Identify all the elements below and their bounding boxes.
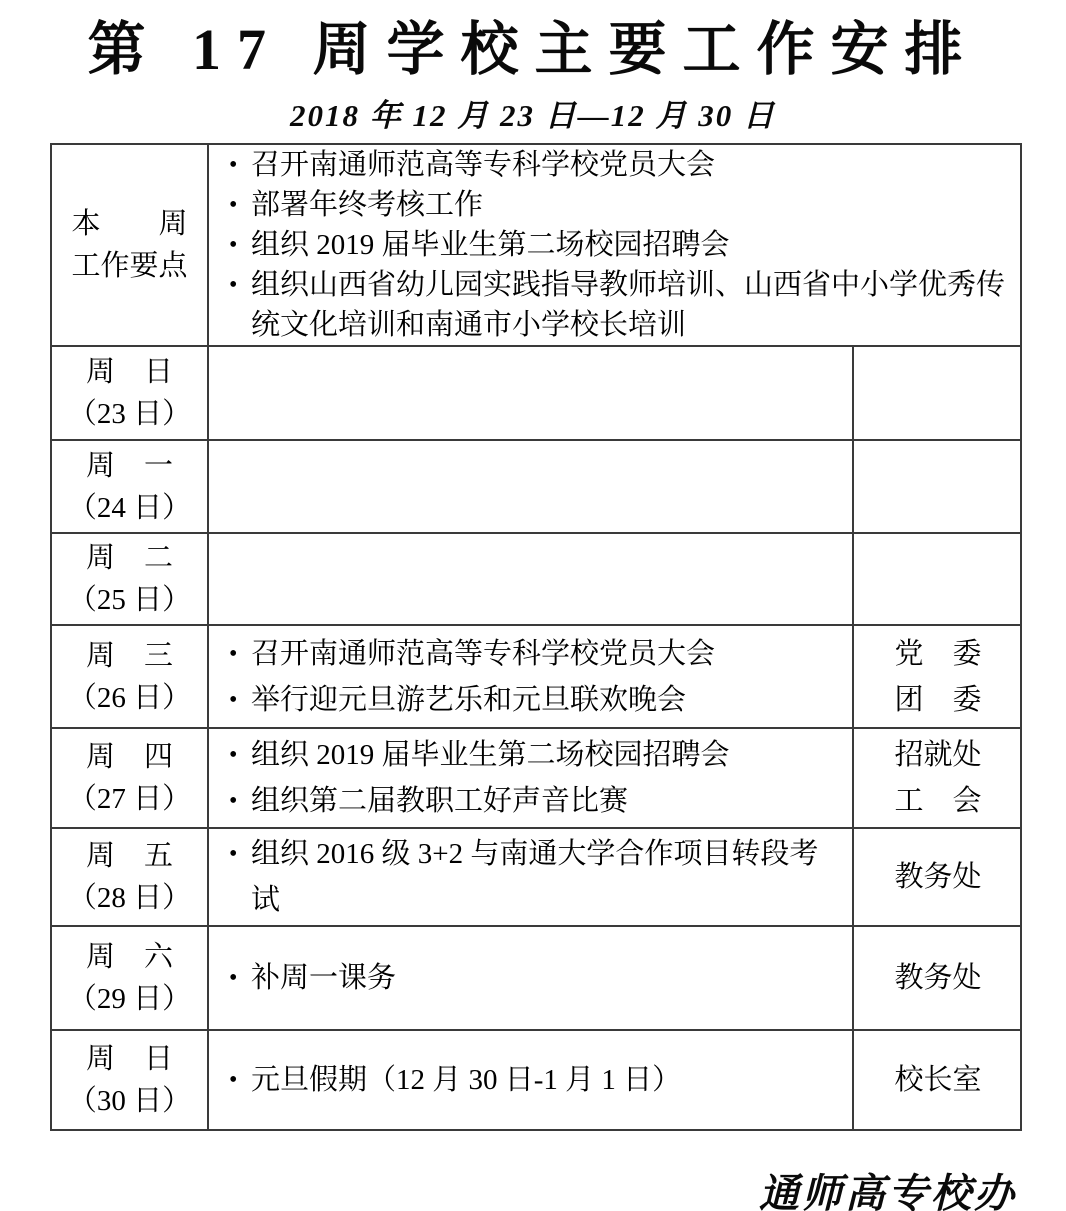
work-item: • 组织山西省幼儿园实践指导教师培训、山西省中小学优秀传统文化培训和南通市小学校…	[229, 265, 1016, 345]
table-row-day-24: 周 一 （24 日）	[52, 439, 1020, 532]
day-name: 周 日	[86, 1038, 173, 1080]
bullet-icon: •	[229, 631, 251, 677]
bullet-icon: •	[229, 185, 251, 225]
work-item-text: 召开南通师范高等专科学校党员大会	[251, 631, 846, 677]
day-name: 周 五	[86, 835, 173, 877]
day-dept-cell	[854, 347, 1022, 439]
table-row-summary: 本 周 工作要点 • 召开南通师范高等专科学校党员大会 • 部署年终考核工作 •…	[52, 145, 1020, 345]
day-content-cell	[209, 534, 854, 624]
day-content-cell: • 召开南通师范高等专科学校党员大会 • 举行迎元旦游艺乐和元旦联欢晚会	[209, 626, 854, 727]
department: 党 委	[894, 631, 981, 677]
day-name: 周 日	[86, 351, 173, 393]
document-page: 第 17 周学校主要工作安排 2018 年 12 月 23 日—12 月 30 …	[0, 0, 1066, 1211]
summary-content-cell: • 召开南通师范高等专科学校党员大会 • 部署年终考核工作 • 组织 2019 …	[209, 145, 1022, 345]
table-row-day-28: 周 五 （28 日） • 组织 2016 级 3+2 与南通大学合作项目转段考试…	[52, 827, 1020, 925]
work-item: • 组织 2019 届毕业生第二场校园招聘会	[229, 225, 1016, 265]
day-date: （29 日）	[68, 978, 191, 1020]
bullet-icon: •	[229, 1057, 251, 1103]
day-name: 周 四	[86, 736, 173, 778]
signature: 通师高专校办	[759, 1162, 1017, 1211]
work-item: • 组织第二届教职工好声音比赛	[229, 778, 846, 824]
work-item: • 补周一课务	[229, 955, 846, 1001]
day-dept-cell: 招就处 工 会	[854, 729, 1022, 827]
day-date: （24 日）	[68, 487, 191, 529]
day-name: 周 二	[86, 537, 173, 579]
work-item-text: 组织山西省幼儿园实践指导教师培训、山西省中小学优秀传统文化培训和南通市小学校长培…	[251, 265, 1016, 345]
day-cell: 周 六 （29 日）	[52, 927, 209, 1029]
table-row-day-30: 周 日 （30 日） • 元旦假期（12 月 30 日-1 月 1 日） 校长室	[52, 1029, 1020, 1129]
day-date: （27 日）	[68, 778, 191, 820]
day-date: （23 日）	[68, 393, 191, 435]
table-row-day-27: 周 四 （27 日） • 组织 2019 届毕业生第二场校园招聘会 • 组织第二…	[52, 727, 1020, 827]
work-item: • 组织 2019 届毕业生第二场校园招聘会	[229, 732, 846, 778]
day-cell: 周 日 （30 日）	[52, 1031, 209, 1129]
day-cell: 周 一 （24 日）	[52, 441, 209, 532]
day-content-cell	[209, 347, 854, 439]
day-name: 周 六	[86, 936, 173, 978]
department: 招就处	[894, 732, 981, 778]
table-row-day-23: 周 日 （23 日）	[52, 345, 1020, 439]
department: 团 委	[894, 677, 981, 723]
page-title: 第 17 周学校主要工作安排	[0, 2, 1066, 86]
bullet-icon: •	[229, 225, 251, 265]
work-item-text: 组织第二届教职工好声音比赛	[251, 778, 846, 824]
work-item-text: 组织 2019 届毕业生第二场校园招聘会	[251, 732, 846, 778]
bullet-icon: •	[229, 778, 251, 824]
schedule-table: 本 周 工作要点 • 召开南通师范高等专科学校党员大会 • 部署年终考核工作 •…	[50, 143, 1022, 1131]
day-content-cell	[209, 441, 854, 532]
day-cell: 周 三 （26 日）	[52, 626, 209, 727]
work-item: • 召开南通师范高等专科学校党员大会	[229, 631, 846, 677]
bullet-icon: •	[229, 955, 251, 1001]
day-date: （26 日）	[68, 677, 191, 719]
day-date: （30 日）	[68, 1080, 191, 1122]
summary-label-line2: 工作要点	[71, 245, 187, 287]
department: 校长室	[894, 1057, 981, 1103]
department: 工 会	[894, 778, 981, 824]
day-dept-cell: 党 委 团 委	[854, 626, 1022, 727]
day-date: （25 日）	[68, 579, 191, 621]
work-item-text: 召开南通师范高等专科学校党员大会	[251, 145, 1016, 185]
day-content-cell: • 补周一课务	[209, 927, 854, 1029]
day-dept-cell	[854, 534, 1022, 624]
day-content-cell: • 组织 2019 届毕业生第二场校园招聘会 • 组织第二届教职工好声音比赛	[209, 729, 854, 827]
day-content-cell: • 组织 2016 级 3+2 与南通大学合作项目转段考试	[209, 829, 854, 925]
bullet-icon: •	[229, 677, 251, 723]
table-row-day-29: 周 六 （29 日） • 补周一课务 教务处	[52, 925, 1020, 1029]
day-date: （28 日）	[68, 877, 191, 919]
day-dept-cell: 教务处	[854, 927, 1022, 1029]
day-cell: 周 四 （27 日）	[52, 729, 209, 827]
day-dept-cell: 教务处	[854, 829, 1022, 925]
table-row-day-26: 周 三 （26 日） • 召开南通师范高等专科学校党员大会 • 举行迎元旦游艺乐…	[52, 624, 1020, 727]
summary-label-cell: 本 周 工作要点	[52, 145, 209, 345]
bullet-icon: •	[229, 732, 251, 778]
day-cell: 周 日 （23 日）	[52, 347, 209, 439]
work-item-text: 补周一课务	[251, 955, 846, 1001]
work-item: • 组织 2016 级 3+2 与南通大学合作项目转段考试	[229, 831, 846, 923]
work-item-text: 举行迎元旦游艺乐和元旦联欢晚会	[251, 677, 846, 723]
day-cell: 周 二 （25 日）	[52, 534, 209, 624]
day-dept-cell	[854, 441, 1022, 532]
summary-label-line1: 本 周	[71, 203, 187, 245]
work-item: • 元旦假期（12 月 30 日-1 月 1 日）	[229, 1057, 846, 1103]
table-row-day-25: 周 二 （25 日）	[52, 532, 1020, 624]
bullet-icon: •	[229, 145, 251, 185]
day-content-cell: • 元旦假期（12 月 30 日-1 月 1 日）	[209, 1031, 854, 1129]
work-item-text: 部署年终考核工作	[251, 185, 1016, 225]
day-cell: 周 五 （28 日）	[52, 829, 209, 925]
bullet-icon: •	[229, 831, 251, 877]
work-item-text: 组织 2019 届毕业生第二场校园招聘会	[251, 225, 1016, 265]
work-item: • 召开南通师范高等专科学校党员大会	[229, 145, 1016, 185]
work-item-text: 元旦假期（12 月 30 日-1 月 1 日）	[251, 1057, 846, 1103]
date-range: 2018 年 12 月 23 日—12 月 30 日	[0, 90, 1066, 135]
day-name: 周 一	[86, 445, 173, 487]
work-item-text: 组织 2016 级 3+2 与南通大学合作项目转段考试	[251, 831, 846, 923]
day-dept-cell: 校长室	[854, 1031, 1022, 1129]
bullet-icon: •	[229, 265, 251, 305]
department: 教务处	[894, 955, 981, 1001]
work-item: • 部署年终考核工作	[229, 185, 1016, 225]
day-name: 周 三	[86, 635, 173, 677]
work-item: • 举行迎元旦游艺乐和元旦联欢晚会	[229, 677, 846, 723]
department: 教务处	[894, 854, 981, 900]
